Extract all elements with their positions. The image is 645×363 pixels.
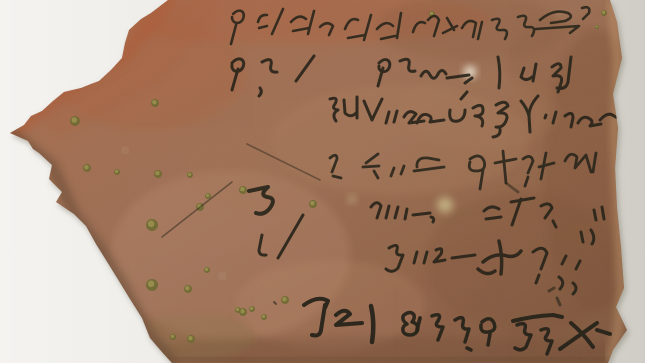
ostracon-image xyxy=(0,0,645,363)
ostracon-photo xyxy=(0,0,645,363)
